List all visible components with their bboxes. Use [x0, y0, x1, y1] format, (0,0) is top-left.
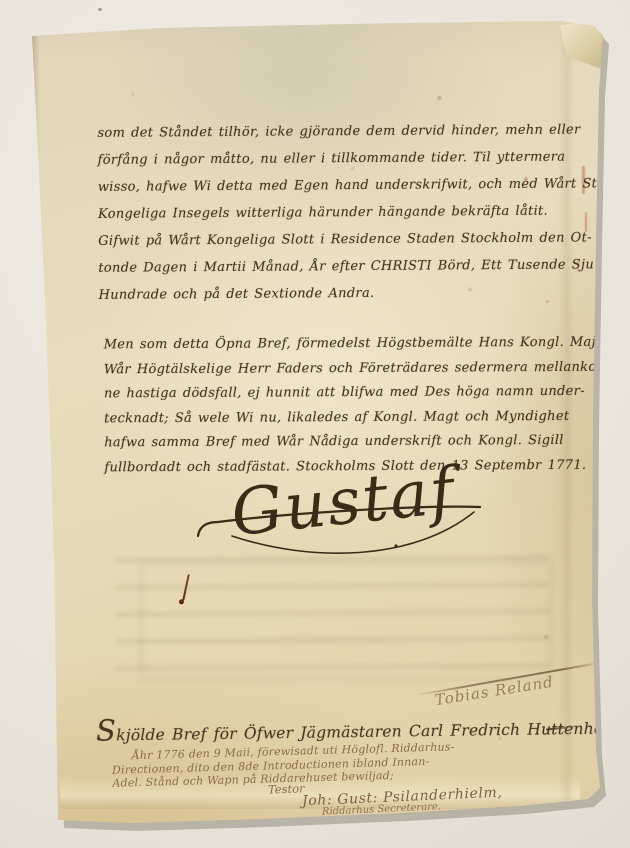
- attestation-word: Testor: [268, 781, 305, 796]
- ink-dot: [394, 544, 397, 547]
- body-line: Gifwit på Wårt Kongeliga Slott i Residen…: [98, 224, 620, 255]
- foxing-spot: [130, 92, 136, 97]
- body-line: tonde Dagen i Martii Månad, År efter CHR…: [98, 251, 620, 282]
- dust-speck: [98, 8, 102, 11]
- body-line: Kongeliga Insegels witterliga härunder h…: [98, 197, 620, 228]
- body-line: wisso, hafwe Wi detta med Egen hand unde…: [98, 170, 620, 201]
- body-line: Hundrade och på det Sextionde Andra.: [98, 278, 620, 309]
- foxing-spot: [436, 95, 443, 101]
- parchment-sheet: som det Ståndet tilhör, icke gjörande de…: [0, 0, 630, 848]
- left-edge-shading: [30, 30, 40, 824]
- body-line: Men som detta Öpna Bref, förmedelst Högs…: [104, 331, 614, 358]
- scan-background: som det Ståndet tilhör, icke gjörande de…: [0, 0, 630, 848]
- ink-dot: [397, 511, 402, 516]
- body-line: som det Ståndet tilhör, icke gjörande de…: [97, 116, 619, 147]
- docket-title: Skjölde Bref för Öfwer Jägmästaren Carl …: [96, 706, 624, 747]
- body-line: Wår Högtälskelige Herr Faders och Företr…: [104, 355, 614, 382]
- body-line: ne hastiga dödsfall, ej hunnit att blifw…: [104, 380, 614, 407]
- body-line: tecknadt; Så wele Wi nu, likaledes af Ko…: [104, 404, 614, 431]
- body-paragraph-1: som det Ståndet tilhör, icke gjörande de…: [97, 116, 620, 309]
- body-line: förfång i någor måtto, nu eller i tillko…: [98, 143, 620, 174]
- verso-frame-bleedthrough: [138, 560, 554, 682]
